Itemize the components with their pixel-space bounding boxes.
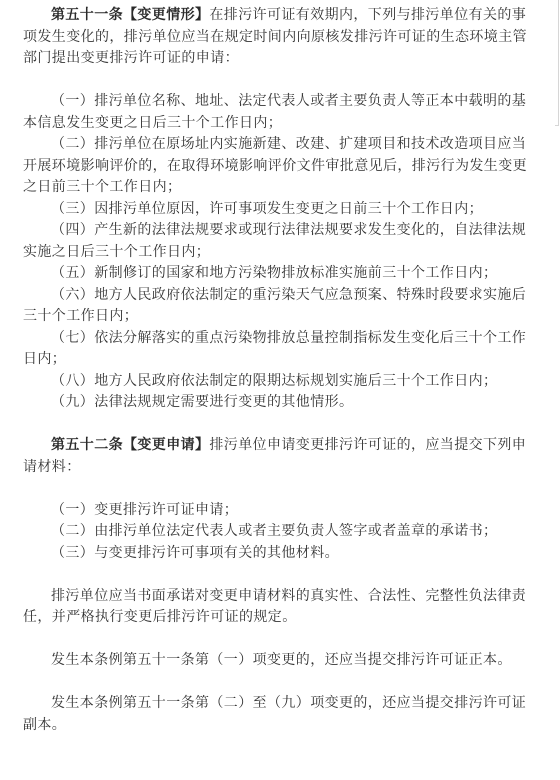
- spacer: [23, 672, 535, 694]
- document-body: 第五十一条【变更情形】在排污许可证有效期内，下列与排污单位有关的事项发生变化的，…: [23, 5, 535, 736]
- article-52-item-3: （三）与变更排污许可事项有关的其他材料。: [23, 543, 535, 565]
- spacer: [23, 629, 535, 651]
- article-51: 第五十一条【变更情形】在排污许可证有效期内，下列与排污单位有关的事项发生变化的，…: [23, 5, 535, 414]
- article-52-item-2: （二）由排污单位法定代表人或者主要负责人签字或者盖章的承诺书；: [23, 521, 535, 543]
- spacer: [23, 478, 535, 500]
- article-51-item-8: （八）地方人民政府依法制定的限期达标规划实施后三十个工作日内；: [23, 371, 535, 393]
- article-51-item-5: （五）新制修订的国家和地方污染物排放标准实施前三十个工作日内；: [23, 263, 535, 285]
- article-52-item-1: （一）变更排污许可证申请；: [23, 500, 535, 522]
- article-51-item-2: （二）排污单位在原场址内实施新建、改建、扩建项目和技术改造项目应当开展环境影响评…: [23, 134, 535, 199]
- article-52: 第五十二条【变更申请】排污单位申请变更排污许可证的，应当提交下列申请材料： （一…: [23, 435, 535, 736]
- article-52-heading: 第五十二条【变更申请】: [51, 437, 209, 453]
- article-52-paragraph-1: 排污单位应当书面承诺对变更申请材料的真实性、合法性、完整性负法律责任，并严格执行…: [23, 586, 535, 629]
- spacer: [23, 564, 535, 586]
- article-51-item-4: （四）产生新的法律法规要求或现行法律法规要求发生变化的，自法律法规实施之日后三十…: [23, 220, 535, 263]
- frame-edge-decoration: [555, 0, 559, 126]
- article-52-intro: 第五十二条【变更申请】排污单位申请变更排污许可证的，应当提交下列申请材料：: [23, 435, 535, 478]
- article-51-item-6: （六）地方人民政府依法制定的重污染天气应急预案、特殊时段要求实施后三十个工作日内…: [23, 285, 535, 328]
- article-52-paragraph-2: 发生本条例第五十一条第（一）项变更的，还应当提交排污许可证正本。: [23, 650, 535, 672]
- article-52-paragraph-3: 发生本条例第五十一条第（二）至（九）项变更的，还应当提交排污许可证副本。: [23, 693, 535, 736]
- article-51-item-3: （三）因排污单位原因，许可事项发生变更之日前三十个工作日内；: [23, 199, 535, 221]
- article-51-heading: 第五十一条【变更情形】: [51, 7, 209, 23]
- article-51-item-7: （七）依法分解落实的重点污染物排放总量控制指标发生变化后三十个工作日内；: [23, 328, 535, 371]
- spacer: [23, 414, 535, 436]
- article-51-intro: 第五十一条【变更情形】在排污许可证有效期内，下列与排污单位有关的事项发生变化的，…: [23, 5, 535, 70]
- spacer: [23, 70, 535, 92]
- article-51-item-9: （九）法律法规规定需要进行变更的其他情形。: [23, 392, 535, 414]
- article-51-item-1: （一）排污单位名称、地址、法定代表人或者主要负责人等正本中载明的基本信息发生变更…: [23, 91, 535, 134]
